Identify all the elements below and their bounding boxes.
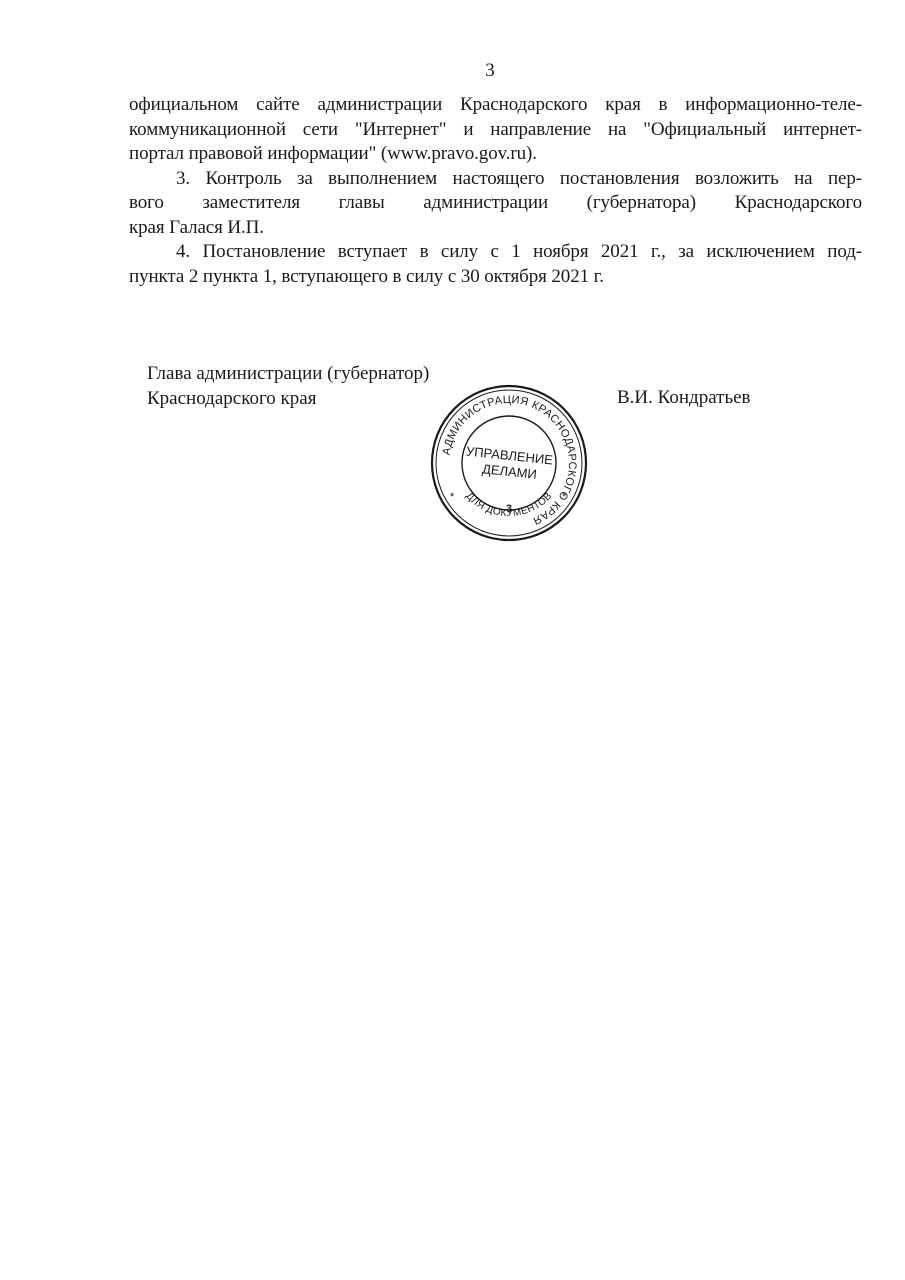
stamp-star-left: * (450, 491, 455, 503)
paragraph-line: пункта 2 пункта 1, вступающего в силу с … (129, 265, 862, 290)
stamp-seal-icon: АДМИНИСТРАЦИЯ КРАСНОДАРСКОГО КРАЯ ДЛЯ ДО… (428, 382, 590, 544)
document-body: официальном сайте администрации Краснода… (129, 93, 862, 289)
page-number: 3 (0, 60, 905, 82)
stamp-number: 3 (506, 503, 512, 515)
paragraph-line: 4. Постановление вступает в силу с 1 ноя… (129, 240, 862, 265)
signature-title-line: Глава администрации (губернатор) (147, 361, 429, 386)
signature-title: Глава администрации (губернатор) Краснод… (147, 361, 429, 411)
paragraph-line: коммуникационной сети "Интернет" и напра… (129, 118, 862, 143)
paragraph-line: официальном сайте администрации Краснода… (129, 93, 862, 118)
stamp-star-right: * (562, 491, 567, 503)
official-stamp: АДМИНИСТРАЦИЯ КРАСНОДАРСКОГО КРАЯ ДЛЯ ДО… (428, 382, 590, 544)
paragraph-line: 3. Контроль за выполнением настоящего по… (129, 167, 862, 192)
signatory-name: В.И. Кондратьев (617, 387, 751, 409)
paragraph-line: края Галася И.П. (129, 216, 862, 241)
paragraph-line: портал правовой информации" (www.pravo.g… (129, 142, 862, 167)
paragraph-line: вого заместителя главы администрации (гу… (129, 191, 862, 216)
signature-title-line: Краснодарского края (147, 386, 429, 411)
